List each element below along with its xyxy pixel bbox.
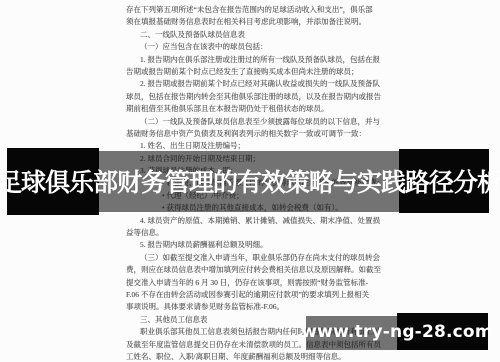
document-line: 球员，包括在报告期内转会至其他俱乐部注册的球员，以及在报告期内或报告 [126, 91, 390, 103]
document-line: （一）应当包含在该表中的球员包括： [126, 41, 390, 53]
document-line: 费，则应在球员信息表中增加填列应付转会费相关信息以及原因解释。如截至 [126, 264, 390, 276]
document-line: F.06 不存在由转会活动或因参赛引起的逾期应付款项”的要求填列上报相关 [126, 289, 390, 301]
page-title: 足球俱乐部财务管理的有效策略与实践路径分析 [6, 151, 492, 211]
scanned-document-page: 存在下列第五项所述“未包含在报告范围内的足球活动收入和支出”，俱乐部须在填报基础… [0, 0, 500, 362]
document-line: 益等信息。 [126, 227, 390, 239]
document-line: 告期或报告期前某个时点已经发生了直接购买成本但尚未注册的球员； [126, 66, 390, 78]
watermark-url: www.try-ng-28.com [306, 314, 488, 349]
document-line: 二、一线队及预备队球员信息表 [126, 29, 390, 41]
document-line: 基础财务信息中资产负债表及利润表列示的相关数字一致或可调节一致： [126, 128, 390, 140]
document-line: （二）一线队及预备队球员信息表至少须披露每位球员的以下信息，并与 [126, 116, 390, 128]
document-line: 事项说明。具体要求请参见财务监管标准-F.06。 [126, 301, 390, 313]
document-line: 工姓名、职位、入职/离职日期、年度薪酬福利总额及明细等信息。 [126, 351, 390, 362]
document-line: （三）如截至提交准入申请当年，职业俱乐部仍存在尚未支付的球员转会 [126, 252, 390, 264]
document-line: 2. 报告期或报告期前某个时点已经对其确认收益或损失的一线队及预备队 [126, 78, 390, 90]
document-line: 存在下列第五项所述“未包含在报告范围内的足球活动收入和支出”，俱乐部 [126, 4, 390, 16]
document-line: 须在填报基础财务信息表时在相关科目考虑此项影响，并添加备注说明。 [126, 16, 390, 28]
document-line: 期前租借至其他俱乐部且在本报告期仍处于租借状态的球员。 [126, 103, 390, 115]
document-line: 提交准入申请当年的 6 月 30 日，仍存在该事项，则需按照“财务监管标准- [126, 277, 390, 289]
document-line: 5. 报告期内球员薪酬福利总额及明细。 [126, 239, 390, 251]
document-line: 1. 报告期内在俱乐部注册或注册过的所有一线队及预备队球员，包括在报 [126, 54, 390, 66]
document-line: 4. 球员资产的原值、本期摊销、累计摊销、减值损失、期末净值、处置损 [126, 215, 390, 227]
